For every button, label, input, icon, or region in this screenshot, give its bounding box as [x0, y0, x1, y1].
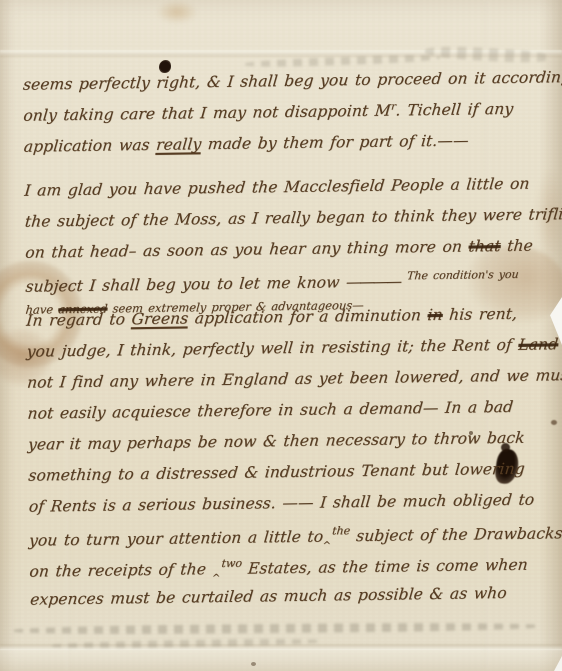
letter-segment: his rent, — [442, 305, 518, 324]
letter-page: seems perfectly right, & I shall beg you… — [0, 0, 562, 671]
letter-segment-strike: Land — [518, 335, 559, 354]
letter-line: expences must be curtailed as much as po… — [28, 583, 559, 621]
letter-segment-rule: ———— — [345, 272, 401, 291]
letter-segment-caret: ^ — [322, 540, 331, 551]
letter-segment: Estates, as the time is come when — [241, 556, 529, 578]
ink-speck-bottom — [251, 662, 256, 666]
letter-segment-ins: The condition's you — [406, 268, 519, 283]
letter-segment: you to turn your attention a little to — [28, 528, 324, 550]
ink-blot-top — [159, 60, 171, 73]
letter-segment: has — [557, 335, 562, 353]
letter-segment: I am glad you have pushed the Macclesfie… — [24, 175, 531, 200]
letter-segment-caret: ^ — [211, 573, 220, 584]
letter-segment: only taking care that I may not disappoi… — [23, 102, 392, 125]
letter-segment: application was — [23, 136, 157, 156]
letter-segment: . Tichell if any — [395, 100, 514, 120]
letter-segment: subject of the Drawbacks — [349, 524, 562, 545]
letter-segment: the — [500, 237, 534, 255]
letter-segment: subject I shall beg you to let me know — [25, 273, 347, 296]
letter-segment: application for a diminution — [187, 306, 428, 327]
letter-segment: seems perfectly right, & I shall beg you… — [22, 68, 562, 94]
bottom-fold-strip — [0, 649, 562, 671]
letter-segment-ins: the — [332, 524, 351, 537]
letter-segment: on the receipts of the — [29, 560, 214, 581]
letter-body: seems perfectly right, & I shall beg you… — [22, 68, 558, 621]
ink-show-through-bottom — [14, 622, 539, 636]
letter-line: application was really made by them for … — [22, 130, 553, 168]
letter-segment-u: really — [155, 135, 202, 154]
letter-segment: made by them for part of it.—— — [201, 131, 470, 153]
stain-top-center — [156, 0, 198, 24]
letter-segment-strike: that — [468, 237, 502, 255]
letter-segment-ins: two — [221, 557, 243, 570]
letter-segment: In regard to — [25, 310, 132, 329]
letter-segment-u: Greens — [131, 309, 189, 328]
